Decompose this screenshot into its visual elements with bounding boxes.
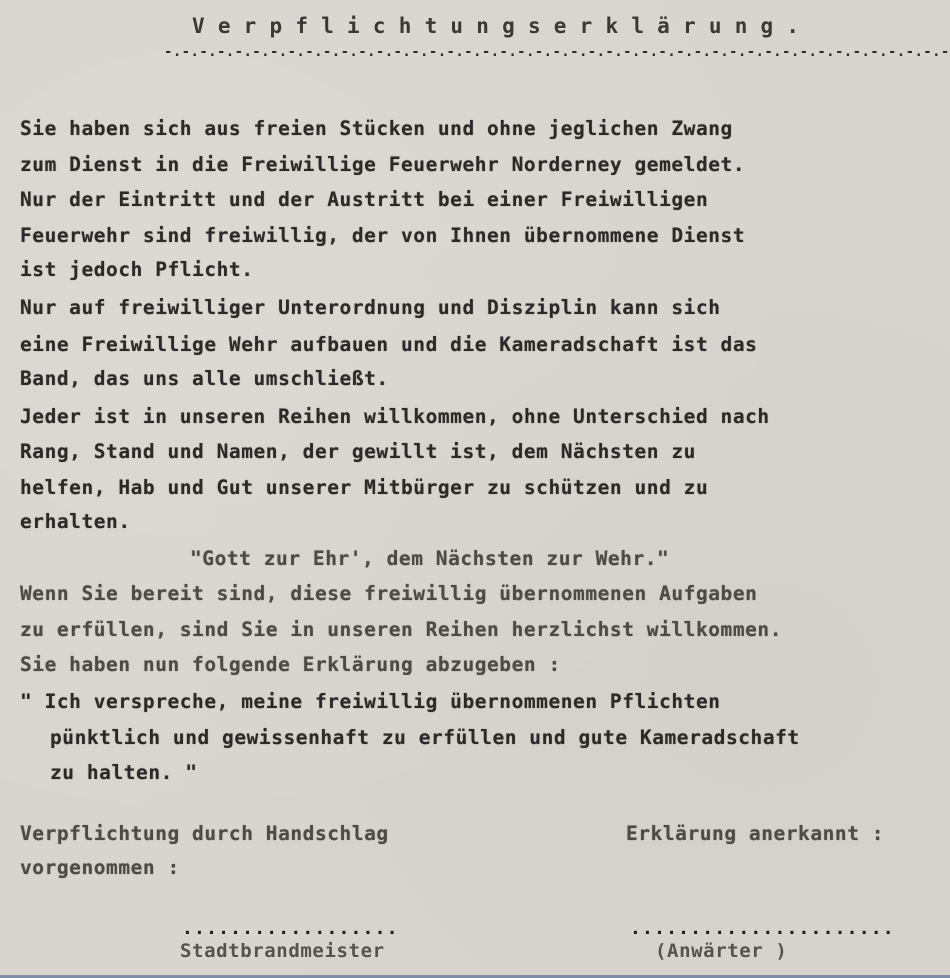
document-page: Verpflichtungserklärung. -.-.-.-.-.-.-.-… [0,0,950,978]
document-title: Verpflichtungserklärung. [192,14,812,38]
text-line: Nur auf freiwilliger Unterordnung und Di… [20,296,721,319]
text-line: Jeder ist in unseren Reihen willkommen, … [20,405,770,428]
text-line: Sie haben nun folgende Erklärung abzugeb… [20,653,561,676]
text-line: Band, das uns alle umschließt. [20,367,389,390]
oath-line: zu halten. " [50,761,197,784]
text-line: Sie haben sich aus freien Stücken und oh… [20,117,733,140]
handshake-caption: Verpflichtung durch Handschlag [20,822,389,845]
signature-line-stadtbrandmeister: .................. [182,918,399,939]
signature-label-stadtbrandmeister: Stadtbrandmeister [180,940,385,962]
acknowledgement-caption: Erklärung anerkannt : [626,822,884,845]
title-underline: -.-.-.-.-.-.-.-.-.-.-.-.-.-.-.-.-.-.-.-.… [164,44,950,60]
text-line: zum Dienst in die Freiwillige Feuerwehr … [20,153,745,176]
oath-line: pünktlich und gewissenhaft zu erfüllen u… [50,726,800,749]
text-line: zu erfüllen, sind Sie in unseren Reihen … [20,618,782,641]
text-line: Nur der Eintritt und der Austritt bei ei… [20,188,708,211]
text-line: helfen, Hab und Gut unserer Mitbürger zu… [20,476,708,499]
oath-line: " Ich verspreche, meine freiwillig übern… [20,690,721,713]
signature-line-anwaerter: ...................... [630,918,895,939]
signature-label-anwaerter: (Anwärter ) [655,940,787,962]
text-line: ist jedoch Pflicht. [20,258,254,281]
handshake-caption: vorgenommen : [20,856,180,879]
text-line: Wenn Sie bereit sind, diese freiwillig ü… [20,582,757,605]
text-line: Rang, Stand und Namen, der gewillt ist, … [20,440,696,463]
text-line: eine Freiwillige Wehr aufbauen und die K… [20,333,757,356]
text-line: erhalten. [20,510,131,533]
motto: "Gott zur Ehr', dem Nächsten zur Wehr." [190,547,669,570]
text-line: Feuerwehr sind freiwillig, der von Ihnen… [20,224,745,247]
